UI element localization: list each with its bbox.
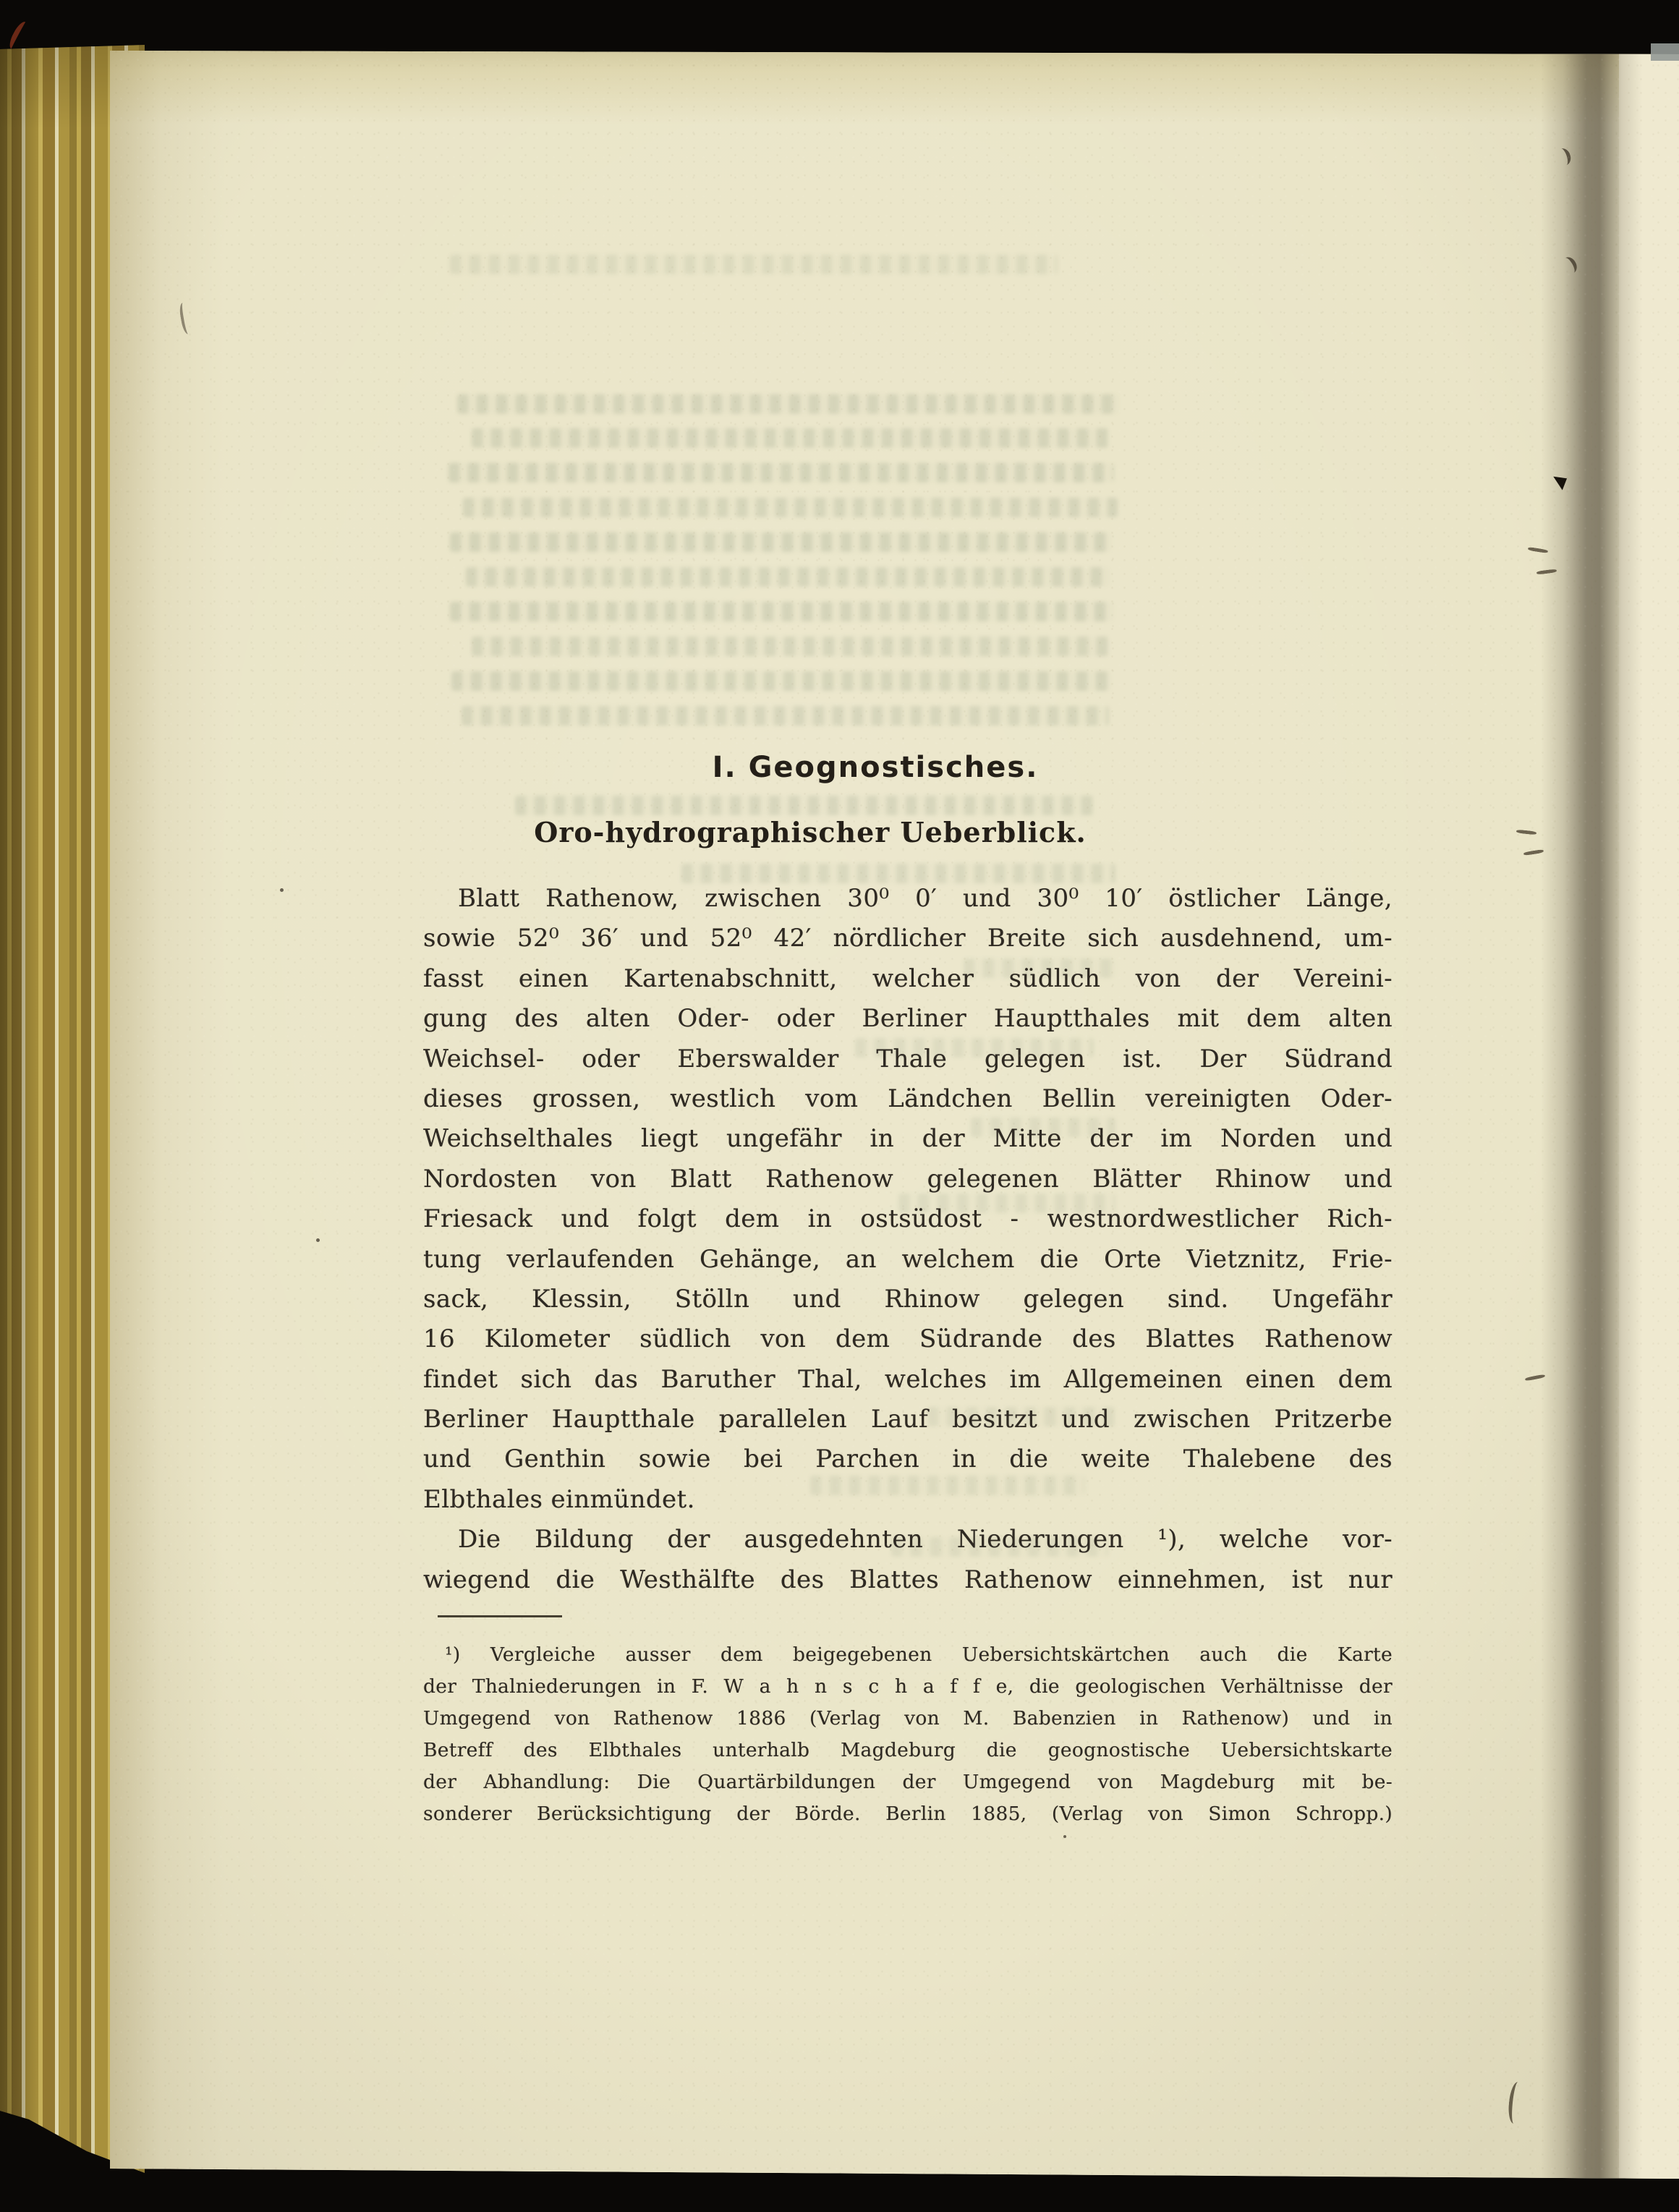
ghost-text-line [450,255,1058,274]
subsection-heading: Oro-hydrographischer Ueberblick. [326,816,1295,848]
binding-speck [1552,477,1567,490]
ghost-text-line [450,602,1114,621]
body-text-line: wiegend die Westhälfte des Blattes Rathe… [423,1560,1393,1600]
stitching-thread [1507,2081,1525,2124]
body-text: Blatt Rathenow, zwischen 30⁰ 0′ und 30⁰ … [423,879,1393,1600]
red-ink-mark [7,20,30,51]
body-text-line: dieses grossen, westlich vom Ländchen Be… [423,1079,1393,1119]
footnote-line: ¹) Vergleiche ausser dem beigegebenen Ue… [423,1639,1393,1671]
footnote-line: der Abhandlung: Die Quartärbildungen der… [423,1766,1393,1798]
stitching-thread [1516,830,1536,835]
ink-dot [1063,1835,1066,1838]
ghost-text-line [463,498,1118,517]
body-text-line: tung verlaufenden Gehänge, an welchem di… [423,1240,1393,1280]
book-page: I. Geognostisches. Oro-hydrographischer … [110,45,1679,2180]
body-text-line: sack, Klessin, Stölln und Rhinow gelegen… [423,1280,1393,1319]
ghost-text-line [450,532,1112,552]
body-text-line: fasst einen Kartenabschnitt, welcher süd… [423,959,1393,999]
body-text-line: findet sich das Baruther Thal, welches i… [423,1360,1393,1400]
footnote-line: Umgegend von Rathenow 1886 (Verlag von M… [423,1703,1393,1735]
body-text-line: Weichsel- oder Eberswalder Thale gelegen… [423,1039,1393,1079]
ghost-text-line [515,796,1094,815]
body-text-line: gung des alten Oder- oder Berliner Haupt… [423,999,1393,1039]
footnote: ¹) Vergleiche ausser dem beigegebenen Ue… [423,1639,1393,1830]
body-text-line: Elbthales einmündet. [423,1480,1393,1520]
body-text-line: und Genthin sowie bei Parchen in die wei… [423,1439,1393,1479]
body-text-line: 16 Kilometer südlich von dem Südrande de… [423,1319,1393,1359]
section-heading: I. Geognostisches. [391,751,1360,784]
footnote-rule [438,1615,562,1617]
ghost-text-line [449,463,1114,482]
ink-dot [280,888,284,892]
body-text-line: Friesack und folgt dem in ostsüdost - we… [423,1199,1393,1239]
body-text-line: sowie 52⁰ 36′ und 52⁰ 42′ nördlicher Bre… [423,919,1393,958]
footnote-line: sonderer Berücksichtigung der Börde. Ber… [423,1798,1393,1830]
body-text-line: Weichselthales liegt ungefähr in der Mit… [423,1119,1393,1159]
body-text-line: Die Bildung der ausgedehnten Niederungen… [423,1520,1393,1560]
ghost-text-line [472,428,1108,448]
ghost-text-line [451,671,1111,691]
ghost-text-line [462,706,1109,726]
ghost-text-line [472,637,1108,656]
gutter-shadow [1541,45,1642,2180]
body-text-line: Blatt Rathenow, zwischen 30⁰ 0′ und 30⁰ … [423,879,1393,919]
ghost-text-line [457,394,1119,414]
footnote-line: Betreff des Elbthales unterhalb Magdebur… [423,1735,1393,1766]
footnote-line: der Thalniederungen in F. W a h n s c h … [423,1671,1393,1703]
marginal-pen-mark [178,302,193,335]
ink-dot [316,1238,320,1242]
book-scan: I. Geognostisches. Oro-hydrographischer … [0,0,1679,2212]
body-text-line: Berliner Hauptthale parallelen Lauf besi… [423,1400,1393,1439]
background-object [1651,43,1679,61]
body-text-line: Nordosten von Blatt Rathenow gelegenen B… [423,1160,1393,1199]
ghost-text-line [466,567,1110,587]
